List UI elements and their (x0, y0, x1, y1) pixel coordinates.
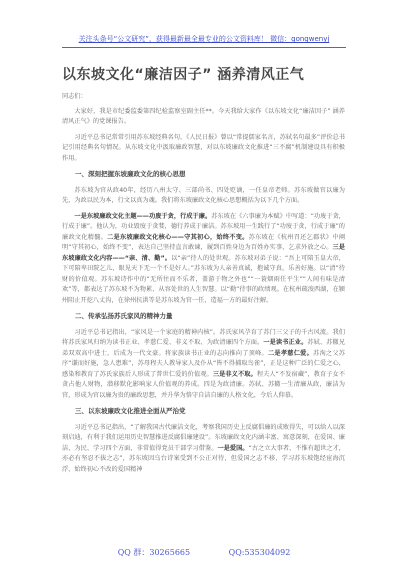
body-paragraph: 一是东坡廉政文化主题——功废于贪，行成于廉。苏东坡在《六事廉为本赋》中写道：“功… (62, 212, 345, 307)
qq-text: QQ:535304092 (229, 548, 291, 557)
body-paragraph: 习近平总书记指出，“了解我国古代廉洁文化，考察我国历史上反腐倡廉的成败得失，可以… (62, 423, 345, 476)
section-heading: 三、以东坡廉政文化推进全面从严治党 (62, 406, 345, 417)
key-point: 三是非义不取。 (213, 371, 257, 378)
qq-group-text: QQ 群：30265665 (118, 548, 190, 557)
key-point: 二是东坡廉政文化核心——守其初心，始终不变。 (107, 234, 249, 241)
body-paragraph: 苏东坡为官从政40年，经历八州太守、三部尚书、四处贬谪，一任皇帝老师。苏东坡做官… (62, 186, 345, 207)
intro-paragraph: 习近平总书记常常引用苏东坡经典名句，《人民日报》曾以“常提儒家名言，苏轼名句最多… (62, 133, 345, 165)
key-point: 一是爱国。 (217, 445, 248, 452)
contact-footer: QQ 群：30265665 QQ:535304092 (0, 547, 408, 558)
key-point: 一是东坡廉政文化主题——功废于贪，行成于廉。 (74, 213, 211, 220)
intro-paragraph: 大家好，我是市纪委监委第四纪检监察室副主任**。今天我给大家作《以东坡文化“廉洁… (62, 107, 345, 128)
promo-header: 关注头条号“公文研究”，获得最新最全最专业的公文资料库！ 微信：gongweny… (62, 26, 346, 48)
key-point: 一是读书正业。 (263, 339, 307, 346)
document-title: 以东坡文化“廉洁因子” 涵养清风正气 (62, 64, 304, 84)
section-heading: 一、深刻把握东坡廉政文化的核心思想 (62, 169, 345, 180)
body-paragraph: 习近平总书记指出，“家风是一个家庭的精神内核”。苏氏家风孕育了苏门三父子的千古风… (62, 328, 345, 402)
salutation: 同志们： (62, 92, 345, 103)
document-body: 同志们： 大家好，我是市纪委监委第四纪检监察室副主任**。今天我给大家作《以东坡… (62, 92, 345, 480)
key-point: 二是孝慈仁爱。 (268, 350, 313, 357)
section-heading: 二、传承弘扬苏氏家风的精神力量 (62, 311, 345, 322)
promo-link[interactable]: 关注头条号“公文研究”，获得最新最全最专业的公文资料库！ 微信：gongweny… (79, 35, 330, 43)
